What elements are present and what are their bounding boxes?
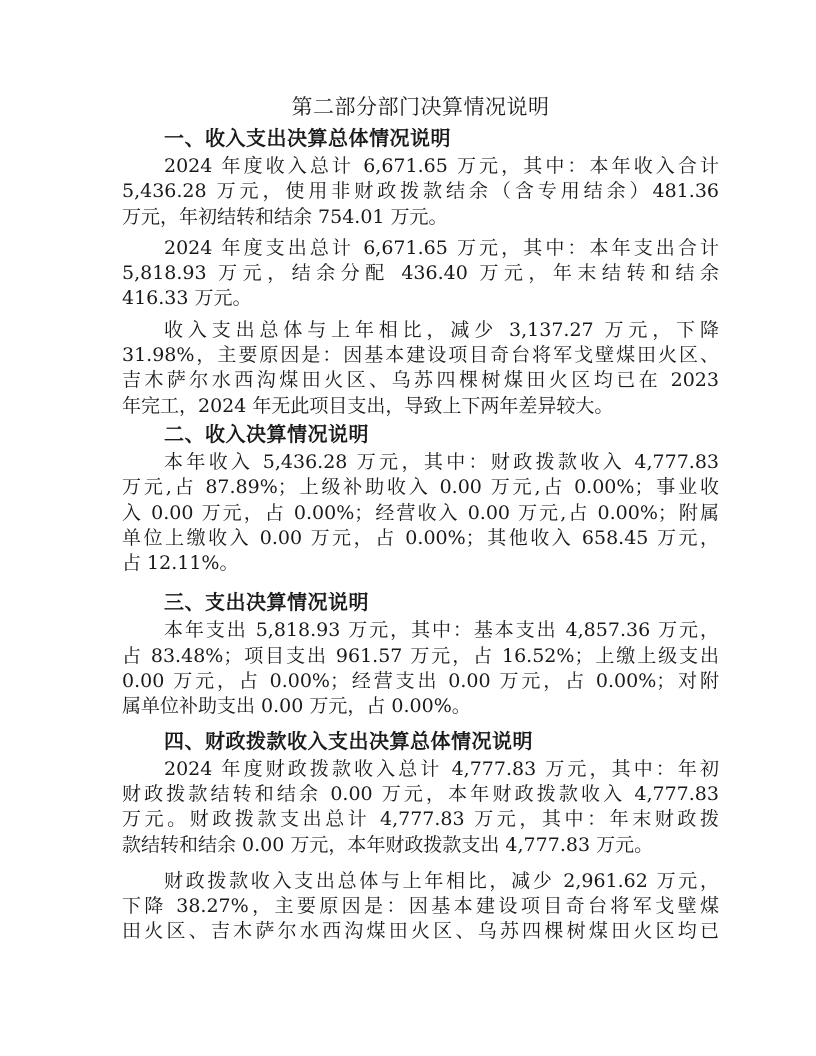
text-line: 31.98%，主要原因是：因基本建设项目奇台将军戈壁煤田火区、 <box>122 343 719 368</box>
section-heading: 二、收入决算情况说明 <box>122 419 719 450</box>
text-line: 财政拨款结转和结余 0.00 万元，本年财政拨款收入 4,777.83 <box>122 782 719 807</box>
section-income-details: 二、收入决算情况说明 本年收入 5,436.28 万元，其中：财政拨款收入 4,… <box>122 419 719 576</box>
paragraph-income-breakdown: 本年收入 5,436.28 万元，其中：财政拨款收入 4,777.83 万元,占… <box>122 450 719 576</box>
paragraph-total-expenditure: 2024 年度支出总计 6,671.65 万元，其中：本年支出合计 5,818.… <box>122 236 719 312</box>
text-line: 田火区、吉木萨尔水西沟煤田火区、乌苏四棵树煤田火区均已 <box>122 919 719 944</box>
text-line: 吉木萨尔水西沟煤田火区、乌苏四棵树煤田火区均已在 2023 <box>122 368 719 393</box>
text-line: 万元。财政拨款支出总计 4,777.83 万元，其中：年末财政拨 <box>122 807 719 832</box>
text-line: 5,818.93 万元，结余分配 436.40 万元，年末结转和结余 <box>122 261 719 286</box>
text-line: 占 12.11%。 <box>122 551 719 576</box>
paragraph-expenditure-breakdown: 本年支出 5,818.93 万元，其中：基本支出 4,857.36 万元， 占 … <box>122 618 719 719</box>
text-line: 入 0.00 万元，占 0.00%；经营收入 0.00 万元,占 0.00%；附… <box>122 501 719 526</box>
text-line: 款结转和结余 0.00 万元，本年财政拨款支出 4,777.83 万元。 <box>122 833 719 858</box>
section-heading: 四、财政拨款收入支出决算总体情况说明 <box>122 726 719 757</box>
paragraph-fiscal-totals: 2024 年度财政拨款收入总计 4,777.83 万元，其中：年初 财政拨款结转… <box>122 757 719 858</box>
text-line: 财政拨款收入支出总体与上年相比，减少 2,961.62 万元， <box>122 869 719 894</box>
text-line: 本年支出 5,818.93 万元，其中：基本支出 4,857.36 万元， <box>122 618 719 643</box>
paragraph-year-comparison: 收入支出总体与上年相比，减少 3,137.27 万元，下降 31.98%，主要原… <box>122 318 719 419</box>
section-heading: 三、支出决算情况说明 <box>122 587 719 618</box>
section-fiscal-appropriation-overview: 四、财政拨款收入支出决算总体情况说明 2024 年度财政拨款收入总计 4,777… <box>122 726 719 945</box>
text-line: 5,436.28 万元，使用非财政拨款结余（含专用结余）481.36 <box>122 179 719 204</box>
document-page: 第二部分部门决算情况说明 一、收入支出决算总体情况说明 2024 年度收入总计 … <box>122 92 719 945</box>
text-line: 2024 年度财政拨款收入总计 4,777.83 万元，其中：年初 <box>122 757 719 782</box>
text-line: 收入支出总体与上年相比，减少 3,137.27 万元，下降 <box>122 318 719 343</box>
paragraph-fiscal-comparison: 财政拨款收入支出总体与上年相比，减少 2,961.62 万元， 下降 38.27… <box>122 869 719 945</box>
text-line: 本年收入 5,436.28 万元，其中：财政拨款收入 4,777.83 <box>122 450 719 475</box>
page-title: 第二部分部门决算情况说明 <box>122 92 719 123</box>
text-line: 单位上缴收入 0.00 万元，占 0.00%；其他收入 658.45 万元， <box>122 526 719 551</box>
text-line: 2024 年度支出总计 6,671.65 万元，其中：本年支出合计 <box>122 236 719 261</box>
text-line: 万元,占 87.89%；上级补助收入 0.00 万元,占 0.00%；事业收 <box>122 475 719 500</box>
section-heading: 一、收入支出决算总体情况说明 <box>122 123 719 154</box>
text-line: 下降 38.27%，主要原因是：因基本建设项目奇台将军戈壁煤 <box>122 894 719 919</box>
text-line: 2024 年度收入总计 6,671.65 万元，其中：本年收入合计 <box>122 154 719 179</box>
text-line: 年完工，2024 年无此项目支出，导致上下两年差异较大。 <box>122 394 719 419</box>
text-line: 占 83.48%；项目支出 961.57 万元，占 16.52%；上缴上级支出 <box>122 644 719 669</box>
text-line: 416.33 万元。 <box>122 286 719 311</box>
text-line: 0.00 万元，占 0.00%；经营支出 0.00 万元，占 0.00%；对附 <box>122 669 719 694</box>
section-income-expenditure-overview: 一、收入支出决算总体情况说明 2024 年度收入总计 6,671.65 万元，其… <box>122 123 719 419</box>
text-line: 属单位补助支出 0.00 万元，占 0.00%。 <box>122 694 719 719</box>
text-line: 万元，年初结转和结余 754.01 万元。 <box>122 205 719 230</box>
paragraph-total-income: 2024 年度收入总计 6,671.65 万元，其中：本年收入合计 5,436.… <box>122 154 719 230</box>
section-expenditure-details: 三、支出决算情况说明 本年支出 5,818.93 万元，其中：基本支出 4,85… <box>122 587 719 719</box>
